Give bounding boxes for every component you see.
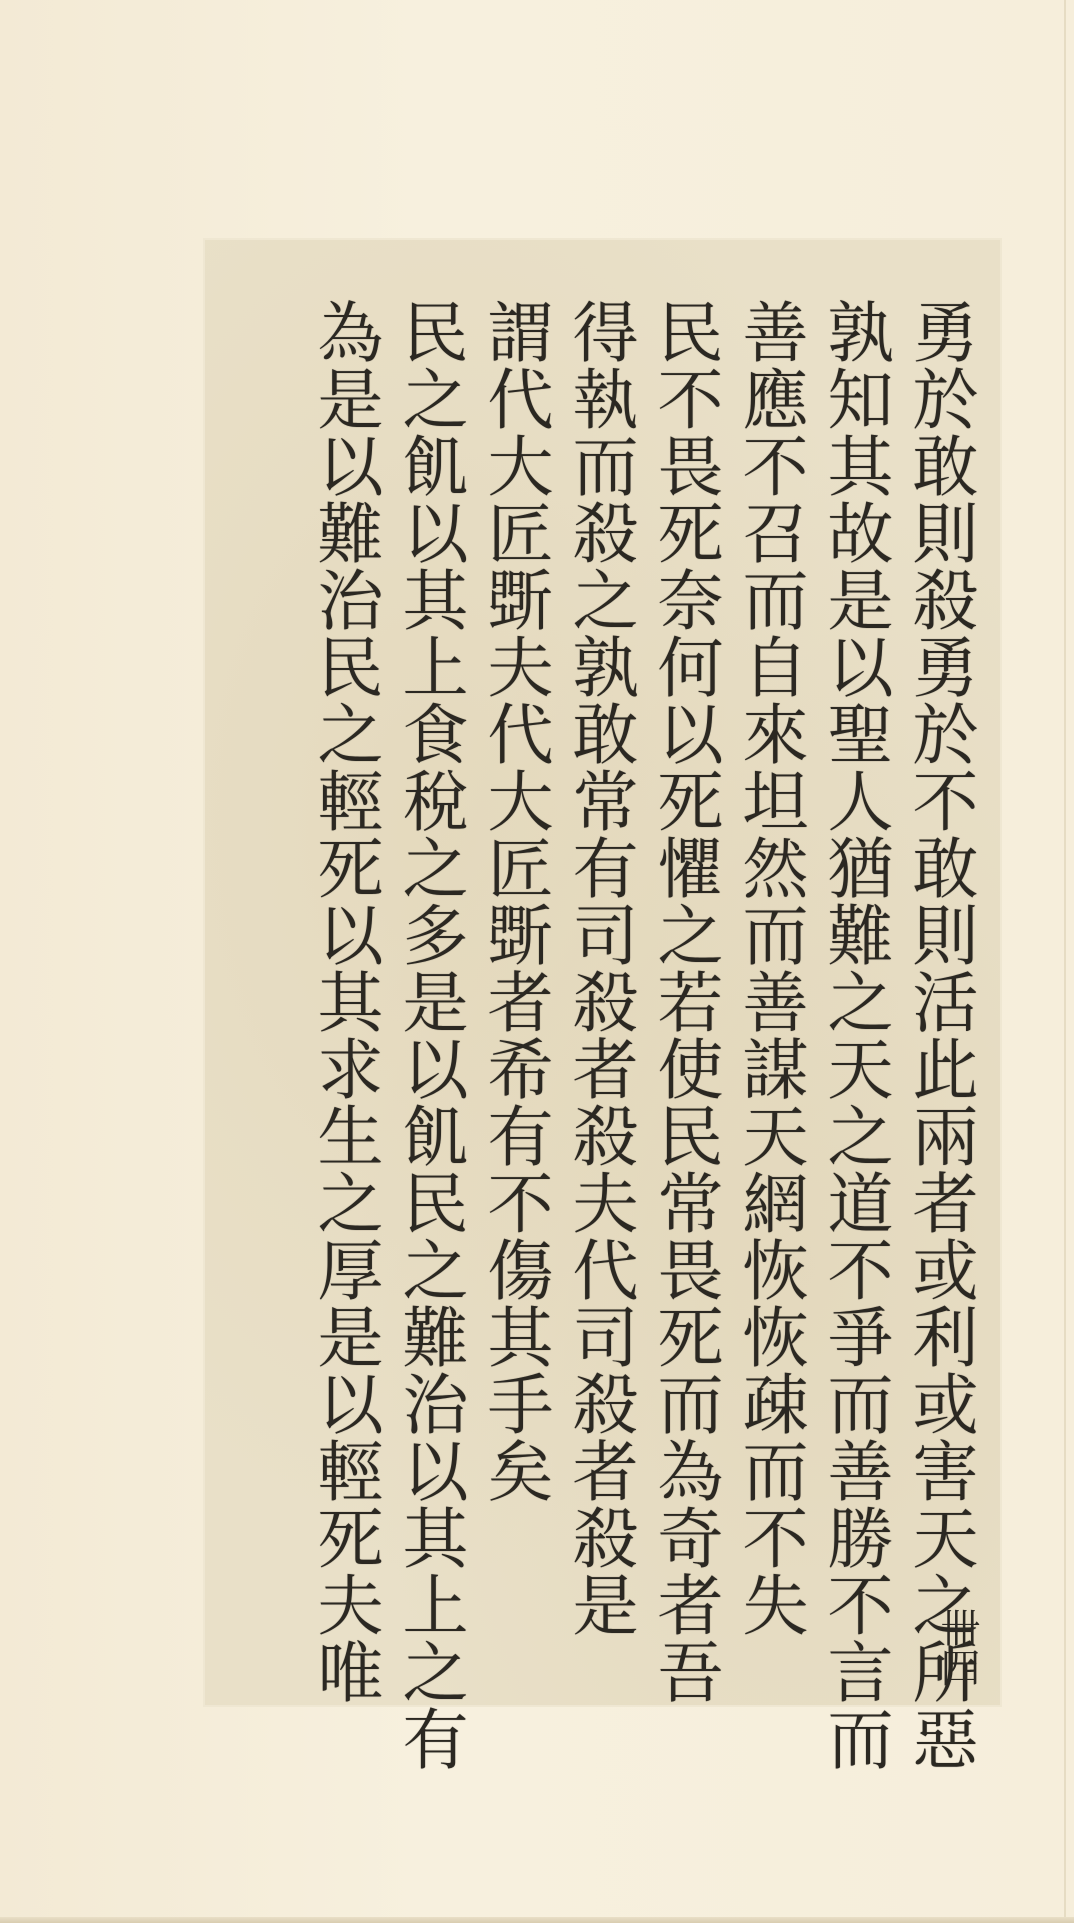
text-column-8: 為是以難治民之輕死以其求生之厚是以輕死夫唯 bbox=[302, 298, 387, 1772]
text-column-6: 謂代大匠斲夫代大匠斲者希有不傷其手矣 bbox=[472, 298, 557, 1772]
text-columns: 勇於敢則殺勇於不敢則活此兩者或利或害天之所惡 孰知其故是以聖人猶難之天之道不爭而… bbox=[302, 298, 982, 1772]
text-column-7: 民之飢以其上食稅之多是以飢民之難治以其上之有 bbox=[387, 298, 472, 1772]
text-column-4: 民不畏死奈何以死懼之若使民常畏死而為奇者吾 bbox=[642, 298, 727, 1772]
album-mount: 勇於敢則殺勇於不敢則活此兩者或利或害天之所惡 孰知其故是以聖人猶難之天之道不爭而… bbox=[0, 0, 1074, 1923]
text-column-3: 善應不召而自來坦然而善謀天網恢恢疎而不失 bbox=[727, 298, 812, 1772]
mount-edge-bottom bbox=[0, 1917, 1074, 1923]
text-column-5: 得執而殺之孰敢常有司殺者殺夫代司殺者殺是 bbox=[557, 298, 642, 1772]
text-column-1: 勇於敢則殺勇於不敢則活此兩者或利或害天之所惡 bbox=[897, 298, 982, 1772]
text-column-2: 孰知其故是以聖人猶難之天之道不爭而善勝不言而 bbox=[812, 298, 897, 1772]
manuscript-paper: 勇於敢則殺勇於不敢則活此兩者或利或害天之所惡 孰知其故是以聖人猶難之天之道不爭而… bbox=[205, 240, 1000, 1705]
page-number: 卌四 bbox=[932, 1607, 982, 1687]
mount-edge-right bbox=[1064, 0, 1066, 1923]
